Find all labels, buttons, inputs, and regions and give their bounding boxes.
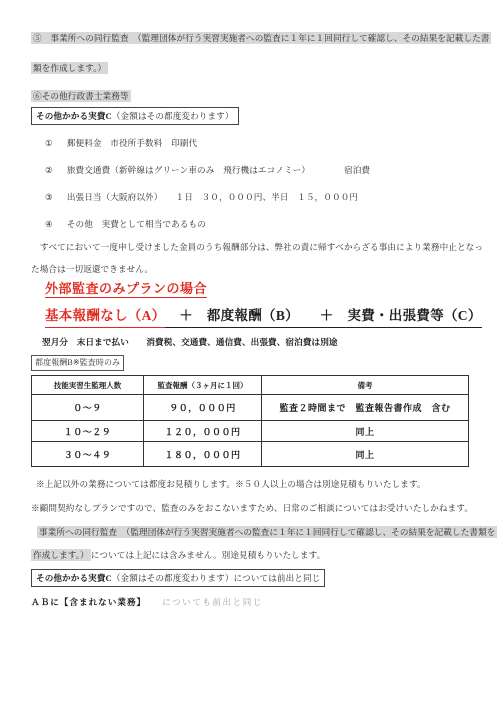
item-text: 旅費交通費（新幹線はグリーン車のみ 飛行機はエコノミー）	[67, 165, 310, 175]
expense-item-1: ①郵便料金 市役所手数料 印刷代	[45, 137, 197, 149]
fee-table-header-row: 技能実習生監理人数 監査報酬（３ヶ月に１回） 備考	[32, 376, 469, 395]
bottom-expenses-rest: （金額はその都度変わります）については前出と同じ	[112, 573, 320, 583]
item-number: ①	[45, 138, 53, 148]
note-no-advisory: ※顧問契約なしプランですので、監査のみをおこないますため、日常のご相談については…	[31, 502, 473, 514]
note-accompany-hl2: 作成します。）	[31, 549, 91, 561]
cell-fee: １８０，０００円	[144, 442, 262, 467]
clause-5-line2: 類を作成します。）	[31, 62, 108, 74]
cell-count: ０～９	[32, 395, 144, 421]
expense-item-4: ④その他 実費として相当であるもの	[45, 218, 206, 230]
cell-count: １０～２９	[32, 421, 144, 442]
excluded-work-line: ＡＢに【含まれない業務】についても前出と同じ	[31, 596, 263, 608]
fee-table-caption: 都度報酬B※監査時のみ	[31, 355, 124, 371]
note-accompany-line1: 事業所への同行監査 （監理団体が行う実習実施者への監査に１年に１回同行して確認し…	[37, 526, 497, 538]
refund-note-line1: すべてにおいて一度申し受けました金員のうち報酬部分は、弊社の責に帰すべからざる事…	[40, 241, 483, 253]
cell-remark: 同上	[262, 421, 469, 442]
header-audit-fee: 監査報酬（３ヶ月に１回）	[144, 376, 262, 395]
plan-formula: 基本報酬なし（A） ＋ 都度報酬（B） ＋ 実費・出張費等（C）	[45, 304, 477, 328]
header-trainee-count: 技能実習生監理人数	[32, 376, 144, 395]
expenses-c-subtitle: （金額はその都度変わります）	[112, 111, 234, 121]
cell-remark: 同上	[262, 442, 469, 467]
bottom-expenses-title: その他かかる実費C	[36, 573, 112, 583]
table-row: ０～９ ９０，０００円 監査２時間まで 監査報告書作成 含む	[32, 395, 469, 421]
note-accompany-line2: 作成します。）については上記には含みません。別途見積もりいたします。	[31, 549, 325, 561]
cell-remark: 監査２時間まで 監査報告書作成 含む	[262, 395, 469, 421]
expenses-c-title: その他かかる実費C	[36, 111, 112, 121]
item-number: ③	[45, 192, 53, 202]
expenses-c-box: その他かかる実費C（金額はその都度変わります）	[31, 107, 239, 125]
formula-black-part: ＋ 都度報酬（B） ＋ 実費・出張費等（C）	[165, 304, 481, 328]
fee-table: 技能実習生監理人数 監査報酬（３ヶ月に１回） 備考 ０～９ ９０，０００円 監査…	[31, 375, 469, 467]
formula-red-part: 基本報酬なし（A）	[45, 304, 165, 328]
refund-note-line2: た場合は一切返還できません。	[31, 263, 153, 275]
note-accompany-rest: については上記には含みません。別途見積もりいたします。	[91, 550, 325, 560]
clause-6-text: ⑥その他行政書士業務等	[31, 90, 131, 102]
clause-6-line: ⑥その他行政書士業務等	[31, 90, 131, 102]
cell-fee: １２０，０００円	[144, 421, 262, 442]
plan-heading: 外部監査のみプランの場合	[45, 283, 207, 298]
item-text: 郵便料金 市役所手数料 印刷代	[67, 138, 197, 148]
table-row: １０～２９ １２０，０００円 同上	[32, 421, 469, 442]
clause-5-line1: ⑤ 事業所への同行監査 （監理団体が行う実習実施者への監査に１年に１回同行して確…	[31, 32, 491, 44]
bottom-expenses-box: その他かかる実費C（金額はその都度変わります）については前出と同じ	[31, 569, 325, 587]
expense-item-3: ③出張日当（大阪府以外） １日 ３０，０００円、半日 １５，０００円	[45, 191, 358, 203]
clause-5-line2-text: 類を作成します。）	[31, 62, 108, 74]
excluded-work-muted: についても前出と同じ	[162, 597, 263, 607]
expense-item-2: ②旅費交通費（新幹線はグリーン車のみ 飛行機はエコノミー）宿泊費	[45, 164, 370, 176]
item-text: 出張日当（大阪府以外） １日 ３０，０００円、半日 １５，０００円	[67, 192, 358, 202]
item-text-extra: 宿泊費	[344, 165, 370, 175]
cell-fee: ９０，０００円	[144, 395, 262, 421]
note-accompany-hl1: 事業所への同行監査 （監理団体が行う実習実施者への監査に１年に１回同行して確認し…	[37, 526, 497, 538]
plan-heading-text: 外部監査のみプランの場合	[45, 283, 207, 298]
note-estimates: ※上記以外の業務については都度お見積りします。※５０人以上の場合は別途見積もりい…	[36, 478, 426, 490]
item-number: ②	[45, 165, 53, 175]
item-number: ④	[45, 219, 53, 229]
item-text: その他 実費として相当であるもの	[67, 219, 206, 229]
excluded-work-bold: ＡＢに【含まれない業務】	[31, 597, 146, 607]
cell-count: ３０～４９	[32, 442, 144, 467]
payment-note: 翌月分 末日まで払い 消費税、交通費、通信費、出張費、宿泊費は別途	[42, 336, 338, 348]
document-page: ⑤ 事業所への同行監査 （監理団体が行う実習実施者への監査に１年に１回同行して確…	[0, 0, 499, 707]
table-row: ３０～４９ １８０，０００円 同上	[32, 442, 469, 467]
header-remarks: 備考	[262, 376, 469, 395]
clause-5-line1-text: ⑤ 事業所への同行監査 （監理団体が行う実習実施者への監査に１年に１回同行して確…	[31, 32, 491, 44]
fee-table-caption-box: 都度報酬B※監査時のみ	[31, 355, 124, 371]
